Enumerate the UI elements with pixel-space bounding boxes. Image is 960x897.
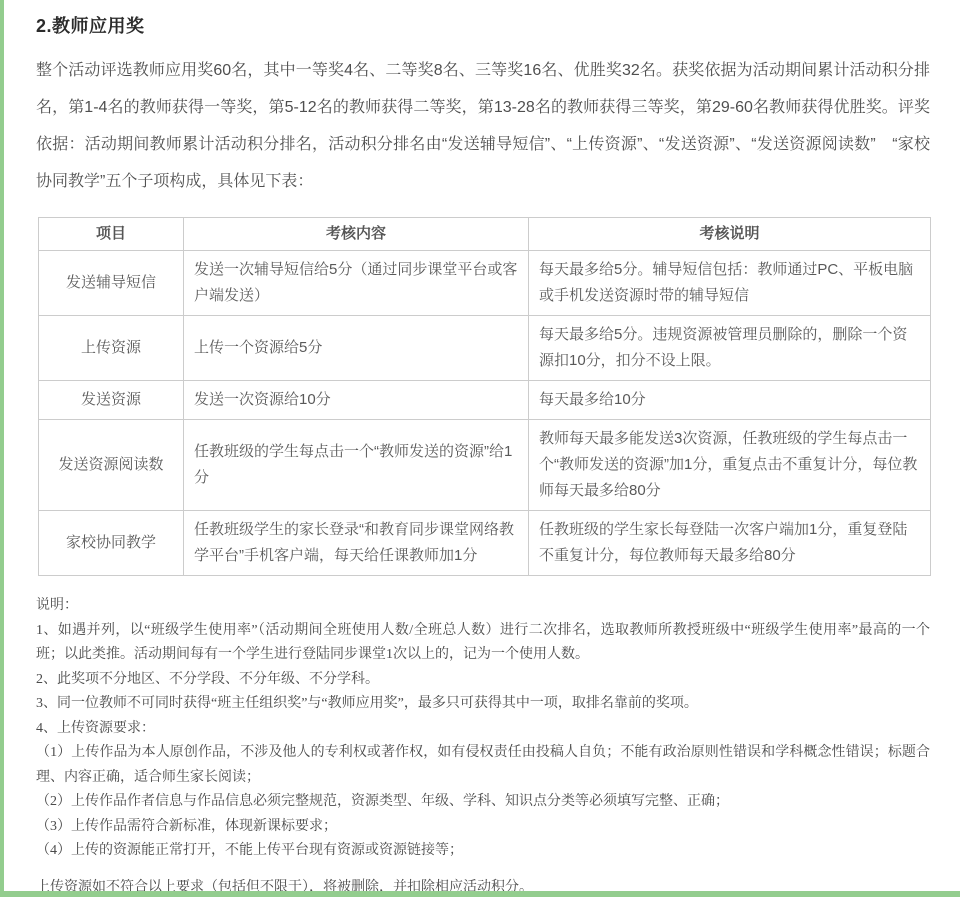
scoring-table-body: 发送辅导短信 发送一次辅导短信给5分（通过同步课堂平台或客户端发送） 每天最多给… bbox=[39, 251, 931, 576]
header-row: 项目 考核内容 考核说明 bbox=[39, 218, 931, 251]
note-item-4: 4、上传资源要求： bbox=[36, 717, 930, 742]
table-row-sms: 发送辅导短信 发送一次辅导短信给5分（通过同步课堂平台或客户端发送） 每天最多给… bbox=[39, 251, 931, 316]
notes-title: 说明： bbox=[36, 594, 930, 619]
col-header-explanation: 考核说明 bbox=[529, 218, 931, 251]
cell-content: 任教班级的学生每点击一个“教师发送的资源”给1分 bbox=[184, 420, 529, 511]
cell-item: 发送辅导短信 bbox=[39, 251, 184, 316]
cell-item: 发送资源 bbox=[39, 381, 184, 420]
page-title: 2.教师应用奖 bbox=[36, 12, 930, 38]
cell-item: 发送资源阅读数 bbox=[39, 420, 184, 511]
note-item-3: 3、同一位教师不可同时获得“班主任组织奖”与“教师应用奖”，最多只可获得其中一项… bbox=[36, 692, 930, 717]
bottom-accent-bar bbox=[0, 891, 960, 897]
cell-item: 上传资源 bbox=[39, 316, 184, 381]
cell-explanation: 教师每天最多能发送3次资源，任教班级的学生每点击一个“教师发送的资源”加1分，重… bbox=[529, 420, 931, 511]
cell-explanation: 每天最多给10分 bbox=[529, 381, 931, 420]
note-item-2: 2、此奖项不分地区、不分学段、不分年级、不分学科。 bbox=[36, 668, 930, 693]
scoring-table: 项目 考核内容 考核说明 发送辅导短信 发送一次辅导短信给5分（通过同步课堂平台… bbox=[38, 217, 931, 576]
table-row-upload: 上传资源 上传一个资源给5分 每天最多给5分。违规资源被管理员删除的，删除一个资… bbox=[39, 316, 931, 381]
cell-explanation: 每天最多给5分。辅导短信包括：教师通过PC、平板电脑或手机发送资源时带的辅导短信 bbox=[529, 251, 931, 316]
cell-content: 上传一个资源给5分 bbox=[184, 316, 529, 381]
cell-item: 家校协同教学 bbox=[39, 511, 184, 576]
note-item-4-4: （4）上传的资源能正常打开，不能上传平台现有资源或资源链接等； bbox=[36, 839, 930, 864]
col-header-item: 项目 bbox=[39, 218, 184, 251]
document-content: 2.教师应用奖 整个活动评选教师应用奖60名，其中一等奖4名、二等奖8名、三等奖… bbox=[4, 0, 960, 897]
table-row-read-count: 发送资源阅读数 任教班级的学生每点击一个“教师发送的资源”给1分 教师每天最多能… bbox=[39, 420, 931, 511]
cell-content: 发送一次辅导短信给5分（通过同步课堂平台或客户端发送） bbox=[184, 251, 529, 316]
cell-content: 发送一次资源给10分 bbox=[184, 381, 529, 420]
cell-explanation: 任教班级的学生家长每登陆一次客户端加1分，重复登陆不重复计分，每位教师每天最多给… bbox=[529, 511, 931, 576]
intro-paragraph: 整个活动评选教师应用奖60名，其中一等奖4名、二等奖8名、三等奖16名、优胜奖3… bbox=[36, 52, 930, 200]
table-row-send-resource: 发送资源 发送一次资源给10分 每天最多给10分 bbox=[39, 381, 931, 420]
table-row-home-school: 家校协同教学 任教班级学生的家长登录“和教育同步课堂网络教学平台”手机客户端，每… bbox=[39, 511, 931, 576]
note-item-1: 1、如遇并列，以“班级学生使用率”（活动期间全班使用人数/全班总人数）进行二次排… bbox=[36, 619, 930, 668]
cell-content: 任教班级学生的家长登录“和教育同步课堂网络教学平台”手机客户端，每天给任课教师加… bbox=[184, 511, 529, 576]
cell-explanation: 每天最多给5分。违规资源被管理员删除的，删除一个资源扣10分，扣分不设上限。 bbox=[529, 316, 931, 381]
scoring-table-header: 项目 考核内容 考核说明 bbox=[39, 218, 931, 251]
notes-section: 说明： 1、如遇并列，以“班级学生使用率”（活动期间全班使用人数/全班总人数）进… bbox=[36, 594, 930, 897]
note-item-4-3: （3）上传作品需符合新标准，体现新课标要求； bbox=[36, 815, 930, 840]
note-item-4-2: （2）上传作品作者信息与作品信息必须完整规范，资源类型、年级、学科、知识点分类等… bbox=[36, 790, 930, 815]
note-item-4-1: （1）上传作品为本人原创作品，不涉及他人的专利权或著作权，如有侵权责任由投稿人自… bbox=[36, 741, 930, 790]
page: 2.教师应用奖 整个活动评选教师应用奖60名，其中一等奖4名、二等奖8名、三等奖… bbox=[0, 0, 960, 897]
col-header-content: 考核内容 bbox=[184, 218, 529, 251]
